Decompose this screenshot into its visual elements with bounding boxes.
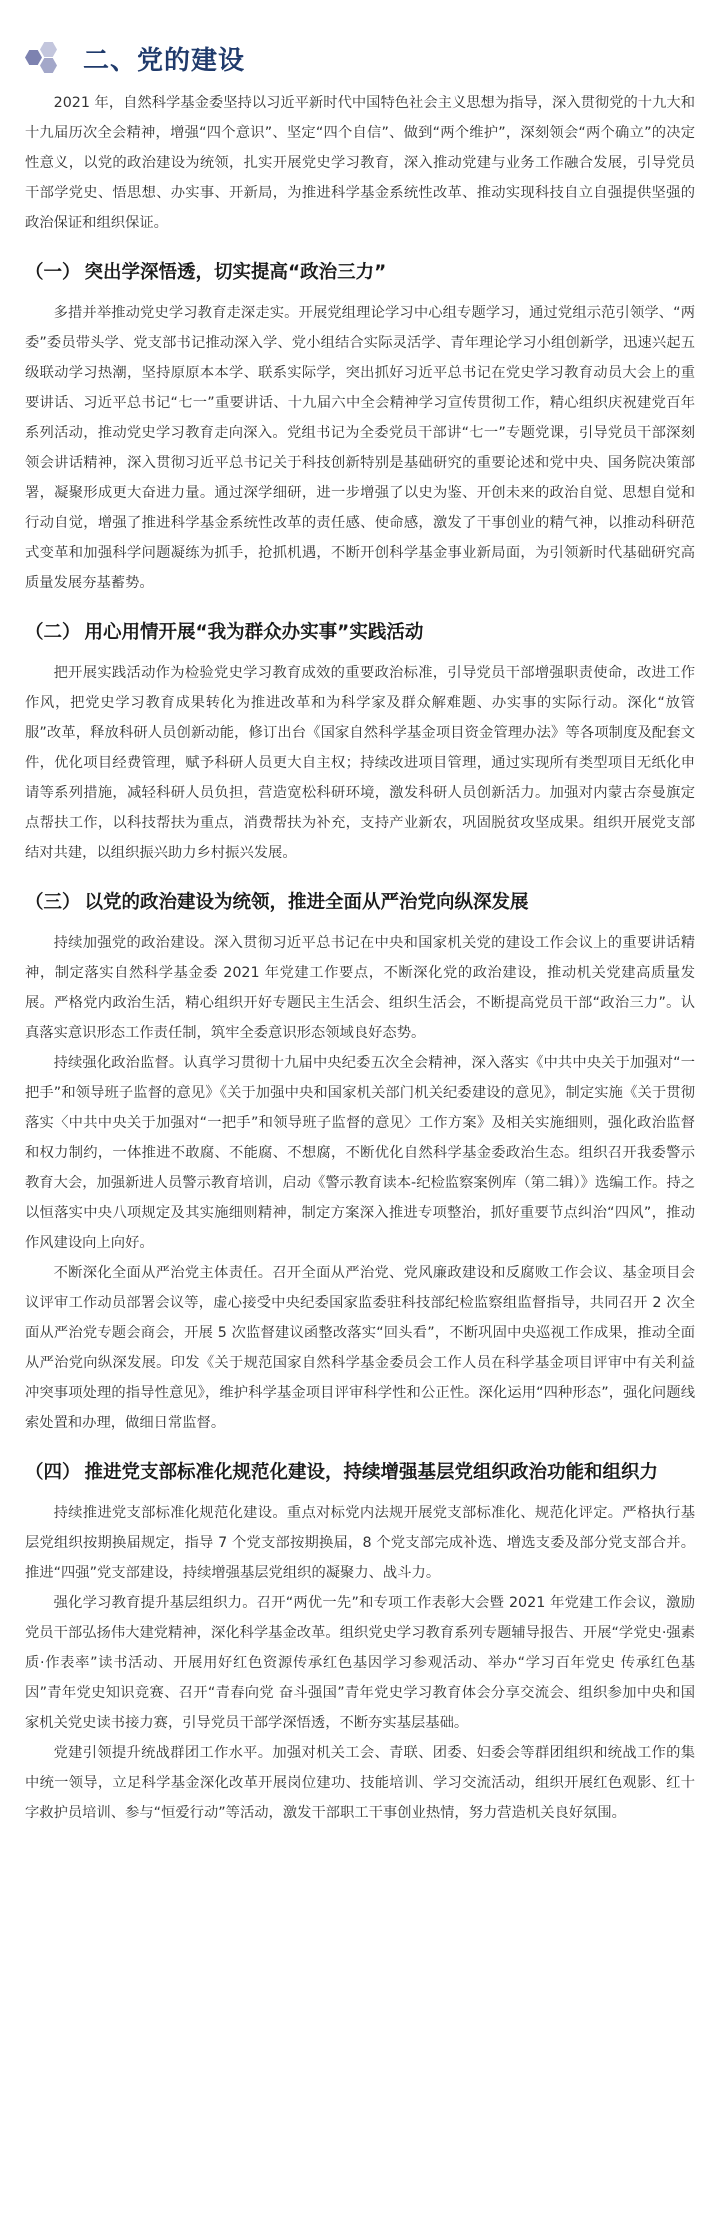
section-number: （四） <box>25 1458 81 1488</box>
paragraph: 持续加强党的政治建设。深入贯彻习近平总书记在中央和国家机关党的建设工作会议上的重… <box>25 928 695 1048</box>
intro-paragraph: 2021 年，自然科学基金委坚持以习近平新时代中国特色社会主义思想为指导，深入贯… <box>25 88 695 238</box>
paragraph: 多措并举推动党史学习教育走深走实。开展党组理论学习中心组专题学习，通过党组示范引… <box>25 298 695 598</box>
document-page: 二、党的建设 2021 年，自然科学基金委坚持以习近平新时代中国特色社会主义思想… <box>0 28 720 1828</box>
hexagon-cluster-icon <box>25 40 73 76</box>
paragraph: 不断深化全面从严治党主体责任。召开全面从严治党、党风廉政建设和反腐败工作会议、基… <box>25 1258 695 1438</box>
section-number: （一） <box>25 258 81 288</box>
section-number: （二） <box>25 618 81 648</box>
chapter-header: 二、党的建设 <box>0 28 720 88</box>
paragraph: 持续强化政治监督。认真学习贯彻十九届中央纪委五次全会精神，深入落实《中共中央关于… <box>25 1048 695 1258</box>
hexagon-mid-icon <box>40 58 57 73</box>
paragraph: 持续推进党支部标准化规范化建设。重点对标党内法规开展党支部标准化、规范化评定。严… <box>25 1498 695 1588</box>
hexagon-dark-icon <box>25 50 42 65</box>
chapter-title: 二、党的建设 <box>83 40 245 77</box>
document-body: 2021 年，自然科学基金委坚持以习近平新时代中国特色社会主义思想为指导，深入贯… <box>0 88 720 1828</box>
section-title: 以党的政治建设为统领，推进全面从严治党向纵深发展 <box>85 888 695 918</box>
hexagon-light-icon <box>40 42 57 57</box>
section-title: 推进党支部标准化规范化建设，持续增强基层党组织政治功能和组织力 <box>85 1458 695 1488</box>
section-heading-1: （一） 突出学深悟透，切实提高“政治三力” <box>25 258 695 288</box>
section-title: 用心用情开展“我为群众办实事”实践活动 <box>85 618 695 648</box>
section-number: （三） <box>25 888 81 918</box>
section-heading-3: （三） 以党的政治建设为统领，推进全面从严治党向纵深发展 <box>25 888 695 918</box>
paragraph: 把开展实践活动作为检验党史学习教育成效的重要政治标准，引导党员干部增强职责使命，… <box>25 658 695 868</box>
section-title: 突出学深悟透，切实提高“政治三力” <box>85 258 695 288</box>
section-heading-4: （四） 推进党支部标准化规范化建设，持续增强基层党组织政治功能和组织力 <box>25 1458 695 1488</box>
paragraph: 强化学习教育提升基层组织力。召开“两优一先”和专项工作表彰大会暨 2021 年党… <box>25 1588 695 1738</box>
section-heading-2: （二） 用心用情开展“我为群众办实事”实践活动 <box>25 618 695 648</box>
paragraph: 党建引领提升统战群团工作水平。加强对机关工会、青联、团委、妇委会等群团组织和统战… <box>25 1738 695 1828</box>
